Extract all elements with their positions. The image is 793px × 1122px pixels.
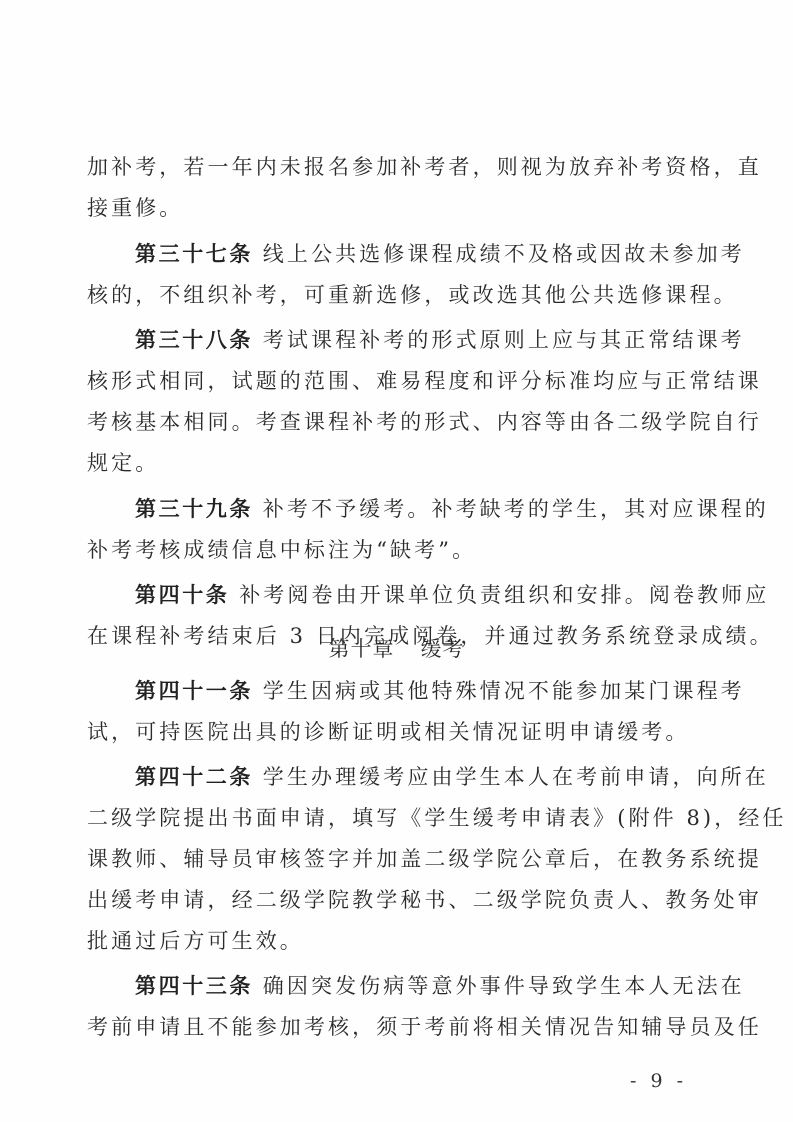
paragraph-line: 补考考核成绩信息中标注为“缺考”。 (87, 535, 707, 565)
article-39-line: 第三十九条 补考不予缓考。补考缺考的学生，其对应课程的 (135, 494, 707, 524)
article-39-heading: 第三十九条 (135, 497, 253, 521)
page-number: - 9 - (630, 1070, 687, 1092)
article-41-heading: 第四十一条 (135, 679, 253, 703)
article-38-text: 考试课程补考的形式原则上应与其正常结课考 (263, 328, 745, 352)
article-41-line: 第四十一条 学生因病或其他特殊情况不能参加某门课程考 (135, 676, 707, 706)
paragraph-line: 考核基本相同。考查课程补考的形式、内容等由各二级学院自行 (87, 407, 707, 437)
paragraph-line: 批通过后方可生效。 (87, 926, 707, 956)
article-37-heading: 第三十七条 (135, 242, 253, 266)
article-43-line: 第四十三条 确因突发伤病等意外事件导致学生本人无法在 (135, 971, 707, 1001)
article-42-text: 学生办理缓考应由学生本人在考前申请，向所在 (263, 765, 769, 789)
paragraph-line: 二级学院提出书面申请，填写《学生缓考申请表》(附件 8)，经任 (87, 803, 707, 833)
paragraph-line: 课教师、辅导员审核签字并加盖二级学院公章后，在教务系统提 (87, 844, 707, 874)
article-42-heading: 第四十二条 (135, 765, 253, 789)
article-43-text: 确因突发伤病等意外事件导致学生本人无法在 (263, 974, 745, 998)
paragraph-line: 考前申请且不能参加考核，须于考前将相关情况告知辅导员及任 (87, 1012, 707, 1042)
article-40-line: 第四十条 补考阅卷由开课单位负责组织和安排。阅卷教师应 (135, 580, 707, 610)
article-40-heading: 第四十条 (135, 583, 229, 607)
chapter-title: 缓考 (421, 634, 465, 664)
paragraph-line: 试，可持医院出具的诊断证明或相关情况证明申请缓考。 (87, 717, 707, 747)
article-40-text: 补考阅卷由开课单位负责组织和安排。阅卷教师应 (239, 583, 769, 607)
paragraph-line: 规定。 (87, 448, 707, 478)
article-41-text: 学生因病或其他特殊情况不能参加某门课程考 (263, 679, 745, 703)
paragraph-line: 核形式相同，试题的范围、难易程度和评分标准均应与正常结课 (87, 366, 707, 396)
article-42-line: 第四十二条 学生办理缓考应由学生本人在考前申请，向所在 (135, 762, 707, 792)
paragraph-line: 出缓考申请，经二级学院教学秘书、二级学院负责人、教务处审 (87, 885, 707, 915)
paragraph-line: 接重修。 (87, 193, 707, 223)
chapter-number: 第十章 (329, 634, 395, 664)
article-38-heading: 第三十八条 (135, 328, 253, 352)
article-37-line: 第三十七条 线上公共选修课程成绩不及格或因故未参加考 (135, 239, 707, 269)
document-page: 加补考，若一年内未报名参加补考者，则视为放弃补考资格，直 接重修。 第三十七条 … (0, 0, 793, 1122)
article-38-line: 第三十八条 考试课程补考的形式原则上应与其正常结课考 (135, 325, 707, 355)
article-43-heading: 第四十三条 (135, 974, 253, 998)
paragraph-line: 核的，不组织补考，可重新选修，或改选其他公共选修课程。 (87, 280, 707, 310)
chapter-heading: 第十章缓考 (0, 634, 793, 664)
article-39-text: 补考不予缓考。补考缺考的学生，其对应课程的 (263, 497, 769, 521)
paragraph-line: 加补考，若一年内未报名参加补考者，则视为放弃补考资格，直 (87, 152, 707, 182)
article-37-text: 线上公共选修课程成绩不及格或因故未参加考 (263, 242, 745, 266)
